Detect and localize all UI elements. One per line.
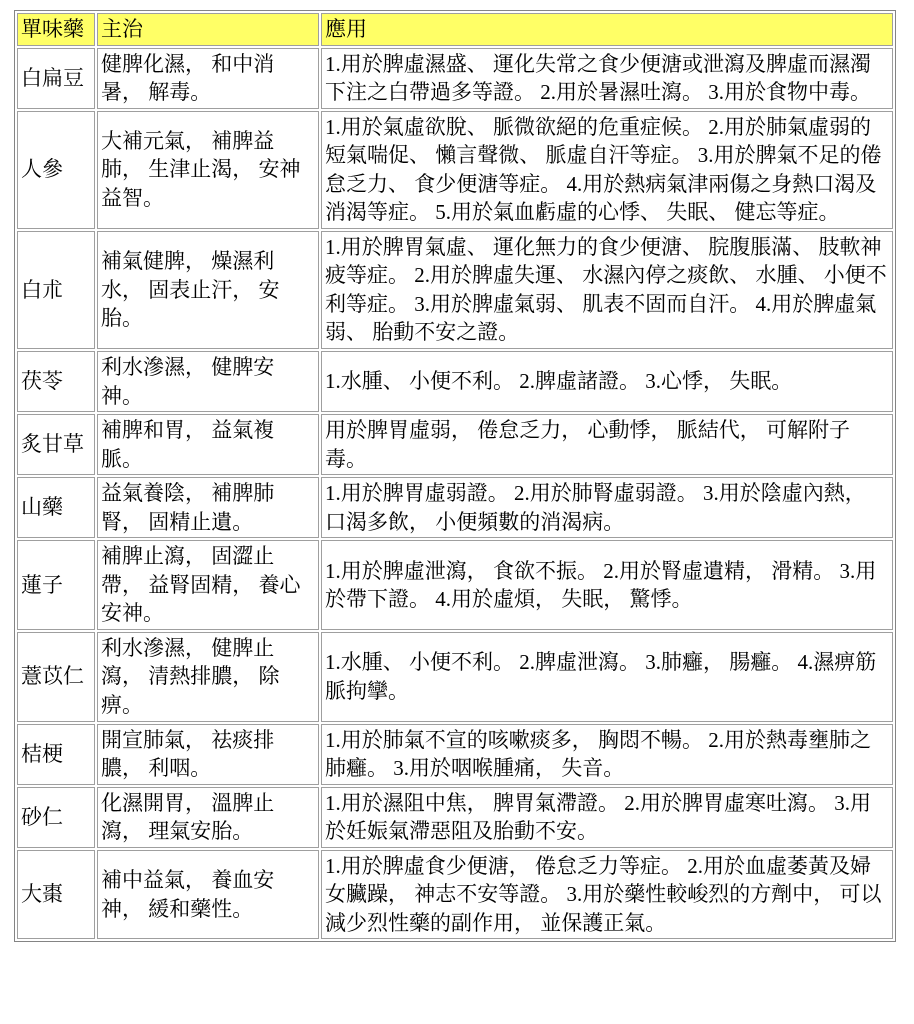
indication-cell: 補中益氣， 養血安神， 緩和藥性。 bbox=[97, 850, 319, 940]
indication-cell: 健脾化濕， 和中消暑， 解毒。 bbox=[97, 48, 319, 109]
tcm-herb-table: 單味藥 主治 應用 白扁豆健脾化濕， 和中消暑， 解毒。1.用於脾虛濕盛、 運化… bbox=[14, 10, 896, 942]
herb-cell: 大棗 bbox=[17, 850, 95, 940]
herb-cell: 白朮 bbox=[17, 231, 95, 349]
table-row: 蓮子補脾止瀉， 固澀止帶， 益腎固精， 養心安神。1.用於脾虛泄瀉， 食欲不振。… bbox=[17, 540, 893, 630]
application-cell: 1.用於脾虛濕盛、 運化失常之食少便溏或泄瀉及脾虛而濕濁下注之白帶過多等證。 2… bbox=[321, 48, 893, 109]
indication-cell: 化濕開胃， 溫脾止瀉， 理氣安胎。 bbox=[97, 787, 319, 848]
herb-cell: 茯苓 bbox=[17, 351, 95, 412]
application-cell: 1.用於濕阻中焦， 脾胃氣滯證。 2.用於脾胃虛寒吐瀉。 3.用於妊娠氣滯惡阻及… bbox=[321, 787, 893, 848]
indication-cell: 大補元氣， 補脾益肺， 生津止渴， 安神益智。 bbox=[97, 111, 319, 229]
herb-cell: 桔梗 bbox=[17, 724, 95, 785]
application-cell: 1.用於脾胃氣虛、 運化無力的食少便溏、 脘腹脹滿、 肢軟神疲等症。 2.用於脾… bbox=[321, 231, 893, 349]
application-cell: 1.用於脾虛泄瀉， 食欲不振。 2.用於腎虛遺精， 滑精。 3.用於帶下證。 4… bbox=[321, 540, 893, 630]
table-row: 薏苡仁利水滲濕， 健脾止瀉， 清熱排膿， 除痹。1.水腫、 小便不利。 2.脾虛… bbox=[17, 632, 893, 722]
herb-cell: 人參 bbox=[17, 111, 95, 229]
application-cell: 1.用於氣虛欲脫、 脈微欲絕的危重症候。 2.用於肺氣虛弱的短氣喘促、 懶言聲微… bbox=[321, 111, 893, 229]
table-row: 桔梗開宣肺氣， 祛痰排膿， 利咽。1.用於肺氣不宣的咳嗽痰多， 胸悶不暢。 2.… bbox=[17, 724, 893, 785]
herb-cell: 薏苡仁 bbox=[17, 632, 95, 722]
application-cell: 用於脾胃虛弱， 倦怠乏力， 心動悸， 脈結代， 可解附子毒。 bbox=[321, 414, 893, 475]
application-cell: 1.用於脾虛食少便溏， 倦怠乏力等症。 2.用於血虛萎黃及婦女臟躁， 神志不安等… bbox=[321, 850, 893, 940]
column-header-indication: 主治 bbox=[97, 13, 319, 46]
application-cell: 1.水腫、 小便不利。 2.脾虛諸證。 3.心悸， 失眠。 bbox=[321, 351, 893, 412]
application-cell: 1.水腫、 小便不利。 2.脾虛泄瀉。 3.肺癰， 腸癰。 4.濕痹筋脈拘攣。 bbox=[321, 632, 893, 722]
table-row: 大棗補中益氣， 養血安神， 緩和藥性。1.用於脾虛食少便溏， 倦怠乏力等症。 2… bbox=[17, 850, 893, 940]
application-cell: 1.用於脾胃虛弱證。 2.用於肺腎虛弱證。 3.用於陰虛內熱， 口渴多飲， 小便… bbox=[321, 477, 893, 538]
table-row: 白朮補氣健脾， 燥濕利水， 固表止汗， 安胎。1.用於脾胃氣虛、 運化無力的食少… bbox=[17, 231, 893, 349]
indication-cell: 補脾和胃， 益氣複脈。 bbox=[97, 414, 319, 475]
indication-cell: 利水滲濕， 健脾安神。 bbox=[97, 351, 319, 412]
page: 單味藥 主治 應用 白扁豆健脾化濕， 和中消暑， 解毒。1.用於脾虛濕盛、 運化… bbox=[0, 0, 914, 1024]
herb-cell: 砂仁 bbox=[17, 787, 95, 848]
herb-cell: 蓮子 bbox=[17, 540, 95, 630]
table-row: 白扁豆健脾化濕， 和中消暑， 解毒。1.用於脾虛濕盛、 運化失常之食少便溏或泄瀉… bbox=[17, 48, 893, 109]
herb-cell: 白扁豆 bbox=[17, 48, 95, 109]
header-row: 單味藥 主治 應用 bbox=[17, 13, 893, 46]
application-cell: 1.用於肺氣不宣的咳嗽痰多， 胸悶不暢。 2.用於熱毒壅肺之肺癰。 3.用於咽喉… bbox=[321, 724, 893, 785]
indication-cell: 益氣養陰， 補脾肺腎， 固精止遺。 bbox=[97, 477, 319, 538]
indication-cell: 利水滲濕， 健脾止瀉， 清熱排膿， 除痹。 bbox=[97, 632, 319, 722]
herb-cell: 炙甘草 bbox=[17, 414, 95, 475]
indication-cell: 補氣健脾， 燥濕利水， 固表止汗， 安胎。 bbox=[97, 231, 319, 349]
column-header-herb: 單味藥 bbox=[17, 13, 95, 46]
table-row: 人參大補元氣， 補脾益肺， 生津止渴， 安神益智。1.用於氣虛欲脫、 脈微欲絕的… bbox=[17, 111, 893, 229]
indication-cell: 開宣肺氣， 祛痰排膿， 利咽。 bbox=[97, 724, 319, 785]
column-header-application: 應用 bbox=[321, 13, 893, 46]
herb-cell: 山藥 bbox=[17, 477, 95, 538]
table-row: 炙甘草補脾和胃， 益氣複脈。用於脾胃虛弱， 倦怠乏力， 心動悸， 脈結代， 可解… bbox=[17, 414, 893, 475]
table-row: 山藥益氣養陰， 補脾肺腎， 固精止遺。1.用於脾胃虛弱證。 2.用於肺腎虛弱證。… bbox=[17, 477, 893, 538]
table-row: 茯苓利水滲濕， 健脾安神。1.水腫、 小便不利。 2.脾虛諸證。 3.心悸， 失… bbox=[17, 351, 893, 412]
table-row: 砂仁化濕開胃， 溫脾止瀉， 理氣安胎。1.用於濕阻中焦， 脾胃氣滯證。 2.用於… bbox=[17, 787, 893, 848]
indication-cell: 補脾止瀉， 固澀止帶， 益腎固精， 養心安神。 bbox=[97, 540, 319, 630]
